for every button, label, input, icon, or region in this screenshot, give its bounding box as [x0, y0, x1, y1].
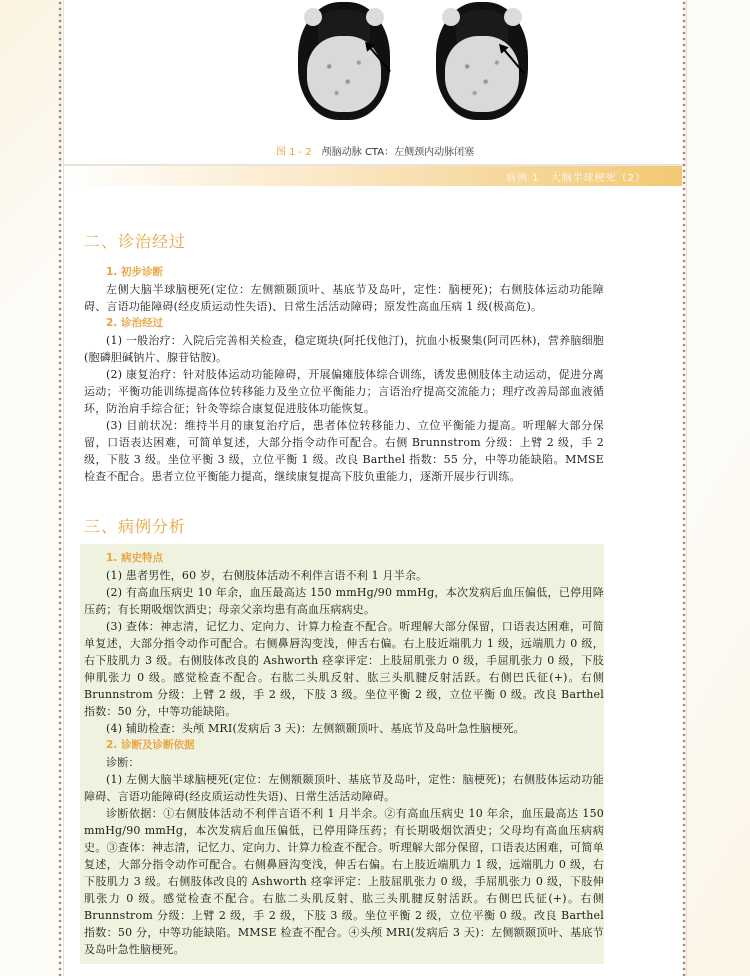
section-treatment-body: 1. 初步诊断 左侧大脑半球脑梗死(定位：左侧额颞顶叶、基底节及岛叶，定性：脑梗… — [84, 264, 604, 485]
paragraph: 左侧大脑半球脑梗死(定位：左侧额颞顶叶、基底节及岛叶，定性：脑梗死)；右侧肢体运… — [84, 281, 604, 315]
paragraph: 诊断依据：①右侧肢体活动不利伴言语不利 1 月半余。②有高血压病史 10 年余，… — [84, 805, 604, 958]
running-header-text: 病例 1 大脑半球梗死（2） — [506, 169, 646, 184]
orbit — [442, 8, 460, 26]
subsection-title: 2. 诊断及诊断依据 — [84, 737, 604, 754]
running-header-strip: 病例 1 大脑半球梗死（2） — [62, 166, 682, 186]
section-title-analysis: 三、病例分析 — [84, 514, 186, 537]
paragraph: (1) 患者男性，60 岁，右侧肢体活动不利伴言语不利 1 月半余。 — [84, 567, 604, 584]
section-analysis-body: 1. 病史特点 (1) 患者男性，60 岁，右侧肢体活动不利伴言语不利 1 月半… — [84, 550, 604, 958]
orbit — [304, 8, 322, 26]
analysis-highlight-box: 1. 病史特点 (1) 患者男性，60 岁，右侧肢体活动不利伴言语不利 1 月半… — [80, 544, 604, 964]
figure-caption-text: 颅脑动脉 CTA：左侧颈内动脉闭塞 — [322, 147, 474, 158]
cta-scan-left — [298, 2, 390, 120]
orbit — [504, 8, 522, 26]
subsection-title: 1. 病史特点 — [84, 550, 604, 567]
cta-figure — [238, 0, 568, 130]
paragraph: 诊断： — [84, 754, 604, 771]
paragraph: (2) 康复治疗：针对肢体运动功能障碍，开展偏瘫肢体综合训练，诱发患侧肢体主动运… — [84, 366, 604, 417]
orbit — [366, 8, 384, 26]
paragraph: (3) 目前状况：维持半月的康复治疗后，患者体位转移能力、立位平衡能力提高。听理… — [84, 417, 604, 485]
paragraph: (4) 辅助检查：头颅 MRI(发病后 3 天)：左侧额颞顶叶、基底节及岛叶急性… — [84, 720, 604, 737]
paragraph: (1) 左侧大脑半球脑梗死(定位：左侧额颞顶叶、基底节及岛叶，定性：脑梗死)；右… — [84, 771, 604, 805]
paragraph: (1) 一般治疗：入院后完善相关检查，稳定斑块(阿托伐他汀)，抗血小板聚集(阿司… — [84, 332, 604, 366]
section-title-treatment: 二、诊治经过 — [84, 229, 186, 252]
paragraph: (2) 有高血压病史 10 年余，血压最高达 150 mmHg/90 mmHg，… — [84, 584, 604, 618]
subsection-title: 1. 初步诊断 — [84, 264, 604, 281]
figure-number: 图 1 - 2 — [276, 147, 312, 158]
subsection-title: 2. 诊治经过 — [84, 315, 604, 332]
paragraph: (3) 查体：神志清，记忆力、定向力、计算力检查不配合。听理解大部分保留，口语表… — [84, 618, 604, 720]
figure-caption: 图 1 - 2颅脑动脉 CTA：左侧颈内动脉闭塞 — [0, 143, 750, 158]
